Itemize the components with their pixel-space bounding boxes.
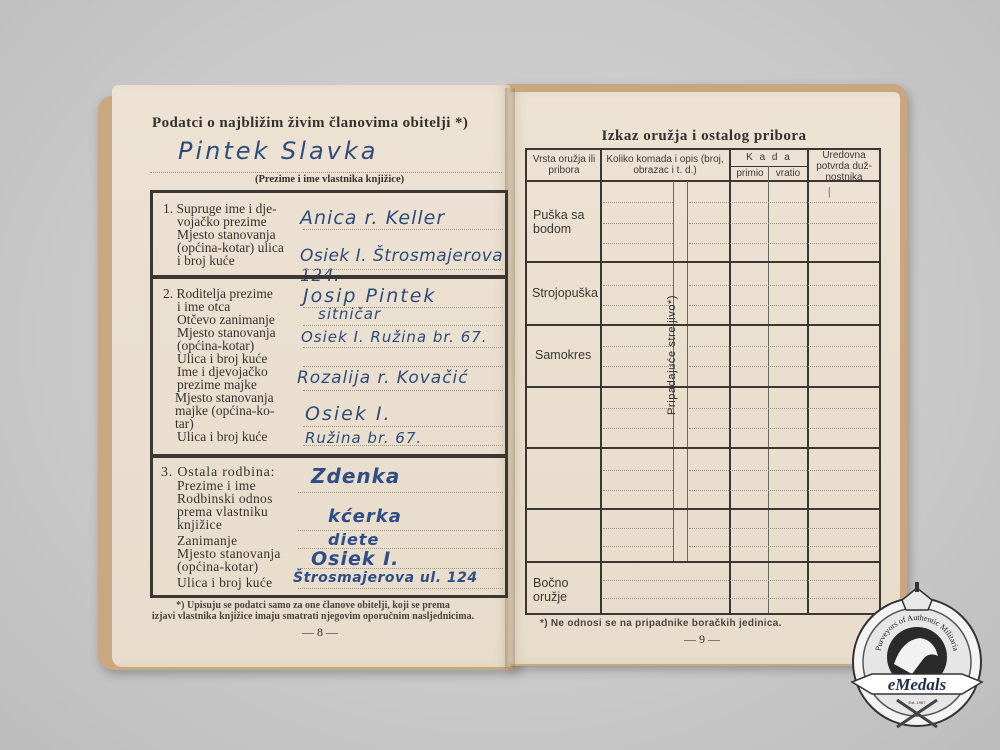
row-label-text: Puška sa bodom [533, 208, 593, 236]
dotted-line [603, 598, 877, 599]
footnote-line: *) Upisuju se podatci samo za one članov… [118, 600, 508, 611]
left-footnote: *) Upisuju se podatci samo za one članov… [118, 600, 508, 622]
dotted-line [303, 307, 503, 308]
left-page-number: — 8 — [302, 625, 338, 640]
dotted-line [603, 243, 673, 244]
dotted-line [603, 366, 673, 367]
label-line: Ulica i broj kuće [163, 430, 276, 443]
svg-text:Est. 1987: Est. 1987 [909, 700, 927, 705]
row-label-pistol: Samokres [535, 348, 591, 362]
mother-city-value: Osiek I. [305, 403, 392, 425]
dotted-line [603, 546, 673, 547]
dotted-line [689, 428, 877, 429]
row-label-machine-gun: Strojopuška [532, 286, 598, 300]
dotted-line [303, 347, 503, 348]
dotted-line [689, 528, 877, 529]
dotted-line [303, 390, 503, 391]
dotted-line [603, 305, 673, 306]
dotted-line [303, 366, 503, 367]
mother-name-value: Rozalija r. Kovačić [297, 368, 469, 388]
dotted-line [603, 408, 673, 409]
header-type: Vrsta oružja ili pribora [529, 154, 599, 176]
header-quantity: Koliko komada i opis (broj, obrazac i t.… [603, 154, 727, 176]
dotted-line [303, 229, 503, 230]
weapons-table: Vrsta oružja ili pribora Koliko komada i… [525, 148, 881, 615]
right-page-number: — 9 — [684, 632, 720, 647]
row-divider [527, 561, 879, 563]
pencil-mark: | [828, 184, 830, 199]
dotted-line [689, 546, 877, 547]
dotted-line [603, 490, 673, 491]
relative-occupation-value: diete [328, 530, 379, 549]
spouse-label: 1. Supruge ime i dje- vojačko prezime Mj… [163, 202, 284, 267]
dotted-line [689, 202, 877, 203]
section-parents: 2. Roditelja prezime i ime otca Otčevo z… [150, 276, 508, 457]
dotted-line [603, 346, 673, 347]
dotted-line [303, 426, 503, 427]
row-divider [527, 508, 879, 510]
owner-caption: (Prezime i ime vlastnika knjižice) [255, 174, 404, 185]
dotted-line [298, 492, 503, 493]
relative-street-value: Štrosmajerova ul. 124 [293, 570, 478, 586]
row-label-side-arm: Bočno oružje [533, 576, 583, 604]
owner-name: Pintek Slavka [178, 137, 378, 165]
dotted-line [689, 285, 877, 286]
label-line: knjižice [161, 518, 281, 531]
dotted-line [603, 428, 673, 429]
dotted-line [689, 366, 877, 367]
left-page-title: Podatci o najbližim živim članovima obit… [152, 115, 468, 132]
dotted-line [603, 470, 673, 471]
row-divider [527, 324, 879, 326]
dotted-line [689, 408, 877, 409]
dotted-line [689, 346, 877, 347]
dotted-line [689, 305, 877, 306]
label-line: Ulica i broj kuće [161, 576, 281, 589]
dotted-line [303, 445, 503, 446]
row-divider [527, 447, 879, 449]
col-divider [729, 150, 731, 613]
header-returned: vratio [769, 168, 807, 179]
spouse-name-value: Anica r. Keller [300, 207, 445, 229]
father-address-value: Osiek I. Ružina br. 67. [301, 328, 488, 346]
row-label-rifle-bayonet: Puška sa bodom [533, 208, 593, 236]
dotted-line [303, 325, 503, 326]
label-line: i broj kuće [163, 254, 284, 267]
dotted-line [603, 580, 877, 581]
row-divider [527, 386, 879, 388]
emedals-badge-icon: Purveyors of Authentic Militaria eMedals… [842, 582, 992, 732]
ammo-col-right [687, 181, 688, 561]
owner-name-line [150, 172, 502, 173]
header-divider [527, 180, 879, 182]
header-confirmation: Uredovna potvrda duž- nostnika [809, 150, 879, 183]
col-divider [600, 150, 602, 613]
father-name-value: Josip Pintek [303, 285, 436, 307]
dotted-line [689, 223, 877, 224]
dotted-line [603, 528, 673, 529]
dotted-line [689, 490, 877, 491]
dotted-line [689, 470, 877, 471]
relatives-labels: 3. Ostala rodbina: Prezime i ime Rodbins… [161, 466, 281, 589]
emedals-logo: Purveyors of Authentic Militaria eMedals… [842, 582, 992, 732]
header-received: primio [731, 168, 769, 179]
right-footnote: *) Ne odnosi se na pripadnike boračkih j… [540, 618, 782, 629]
ammo-vertical-label: Pripadajuće streljivo*) [666, 270, 686, 440]
label-line: (općina-kotar) [161, 560, 281, 573]
dotted-line [603, 223, 673, 224]
dotted-line [689, 243, 877, 244]
right-page-title: Izkaz oružja i ostalog pribora [512, 128, 896, 145]
header-when: K a d a [731, 152, 807, 163]
section-spouse: 1. Supruge ime i dje- vojačko prezime Mj… [150, 190, 508, 278]
dotted-line [303, 269, 503, 270]
dotted-line [298, 568, 503, 569]
dotted-line [298, 588, 503, 589]
relative-city-value: Osiek I. [311, 548, 399, 570]
parents-labels: 2. Roditelja prezime i ime otca Otčevo z… [163, 287, 276, 443]
footnote-line: izjavi vlastnika knjižice imaju smatrati… [118, 611, 508, 622]
section-other-relatives: 3. Ostala rodbina: Prezime i ime Rodbins… [150, 455, 508, 598]
relation-value: kćerka [328, 506, 402, 527]
col-divider [807, 150, 809, 613]
divider [731, 166, 807, 167]
relative-name-value: Zdenka [311, 464, 400, 488]
row-divider [527, 261, 879, 263]
dotted-line [603, 202, 673, 203]
dotted-line [603, 285, 673, 286]
svg-text:eMedals: eMedals [888, 675, 947, 694]
